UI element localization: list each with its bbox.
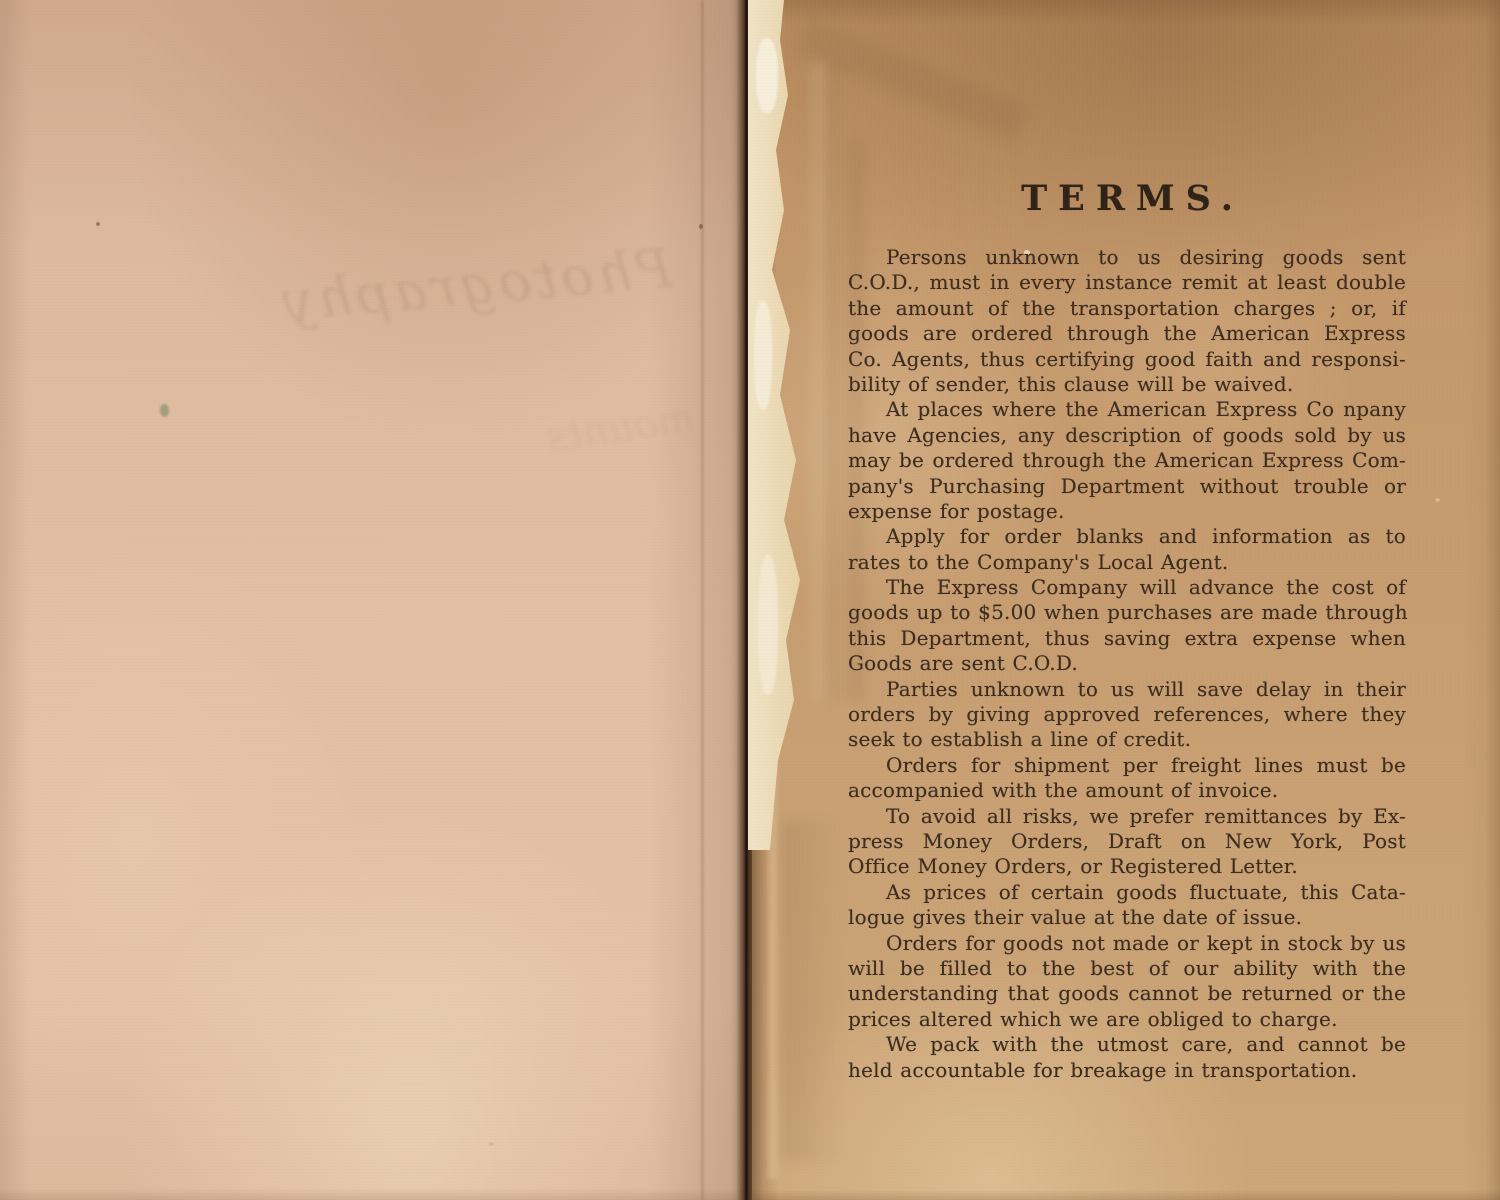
text-line: prices altered which we are obliged to c…: [848, 1007, 1406, 1032]
terms-paragraph: As prices of certain goods fluctuate, th…: [848, 880, 1406, 931]
text-line: have Agencies, any description of goods …: [848, 423, 1406, 448]
text-line: We pack with the utmost care, and cannot…: [848, 1032, 1406, 1057]
text-line: Office Money Orders, or Registered Lette…: [848, 854, 1406, 879]
paper-speck: [96, 222, 100, 226]
right-page: TERMS. Persons unknown to us desiring go…: [752, 0, 1500, 1200]
text-line: understanding that goods cannot be retur…: [848, 981, 1406, 1006]
ink-bleed-script: Photography: [171, 236, 679, 389]
text-line: As prices of certain goods fluctuate, th…: [848, 880, 1406, 905]
paper-wrinkle: [782, 820, 842, 1160]
paper-speck: [699, 224, 703, 229]
text-line: Orders for shipment per freight lines mu…: [848, 753, 1406, 778]
paper-fleck: [160, 404, 169, 417]
text-line: Persons unknown to us desiring goods sen…: [848, 245, 1406, 270]
text-line: rates to the Company's Local Agent.: [848, 550, 1406, 575]
text-line: goods are ordered through the American E…: [848, 321, 1406, 346]
terms-paragraph: Persons unknown to us desiring goods sen…: [848, 245, 1406, 397]
page-content: TERMS. Persons unknown to us desiring go…: [848, 181, 1406, 1083]
torn-paper-highlight: [756, 38, 778, 113]
text-line: held accountable for breakage in transpo…: [848, 1058, 1406, 1083]
text-line: C.O.D., must in every instance remit at …: [848, 270, 1406, 295]
text-line: expense for postage.: [848, 499, 1406, 524]
text-line: The Express Company will advance the cos…: [848, 575, 1406, 600]
text-line: Parties unknown to us will save delay in…: [848, 677, 1406, 702]
book-spread: Photography mounts TERMS. Persons u: [0, 0, 1500, 1200]
text-line: this Department, thus saving extra expen…: [848, 626, 1406, 651]
text-line: To avoid all risks, we prefer remittance…: [848, 804, 1406, 829]
page-crease: [701, 0, 704, 1200]
text-line: orders by giving approved references, wh…: [848, 702, 1406, 727]
text-line: the amount of the transportation charges…: [848, 296, 1406, 321]
text-line: bility of sender, this clause will be wa…: [848, 372, 1406, 397]
terms-paragraph: Parties unknown to us will save delay in…: [848, 677, 1406, 753]
text-line: seek to establish a line of credit.: [848, 727, 1406, 752]
text-line: may be ordered through the American Expr…: [848, 448, 1406, 473]
terms-paragraph: To avoid all risks, we prefer remittance…: [848, 804, 1406, 880]
terms-paragraph: The Express Company will advance the cos…: [848, 575, 1406, 677]
text-line: Orders for goods not made or kept in sto…: [848, 931, 1406, 956]
left-page: Photography mounts: [0, 0, 745, 1200]
text-line: Goods are sent C.O.D.: [848, 651, 1406, 676]
terms-paragraph: At places where the American Express Co …: [848, 397, 1406, 524]
paper-speck: [489, 1142, 494, 1146]
terms-paragraph: Orders for goods not made or kept in sto…: [848, 931, 1406, 1033]
terms-paragraph: Orders for shipment per freight lines mu…: [848, 753, 1406, 804]
paper-fleck: [1435, 498, 1440, 502]
terms-paragraph: We pack with the utmost care, and cannot…: [848, 1032, 1406, 1083]
text-line: logue gives their value at the date of i…: [848, 905, 1406, 930]
torn-paper-highlight: [754, 300, 772, 410]
torn-paper-highlight: [758, 555, 778, 695]
text-line: At places where the American Express Co …: [848, 397, 1406, 422]
text-line: pany's Purchasing Department without tro…: [848, 474, 1406, 499]
text-line: goods up to $5.00 when purchases are mad…: [848, 600, 1406, 625]
ink-bleed-script-faint: mounts: [335, 395, 704, 534]
text-line: accompanied with the amount of invoice.: [848, 778, 1406, 803]
text-line: Co. Agents, thus certifying good faith a…: [848, 347, 1406, 372]
text-line: press Money Orders, Draft on New York, P…: [848, 829, 1406, 854]
terms-paragraph: Apply for order blanks and information a…: [848, 524, 1406, 575]
page-title: TERMS.: [848, 181, 1406, 217]
paper-wrinkle: [814, 60, 836, 700]
terms-body: Persons unknown to us desiring goods sen…: [848, 245, 1406, 1083]
text-line: Apply for order blanks and information a…: [848, 524, 1406, 549]
text-line: will be filled to the best of our abilit…: [848, 956, 1406, 981]
